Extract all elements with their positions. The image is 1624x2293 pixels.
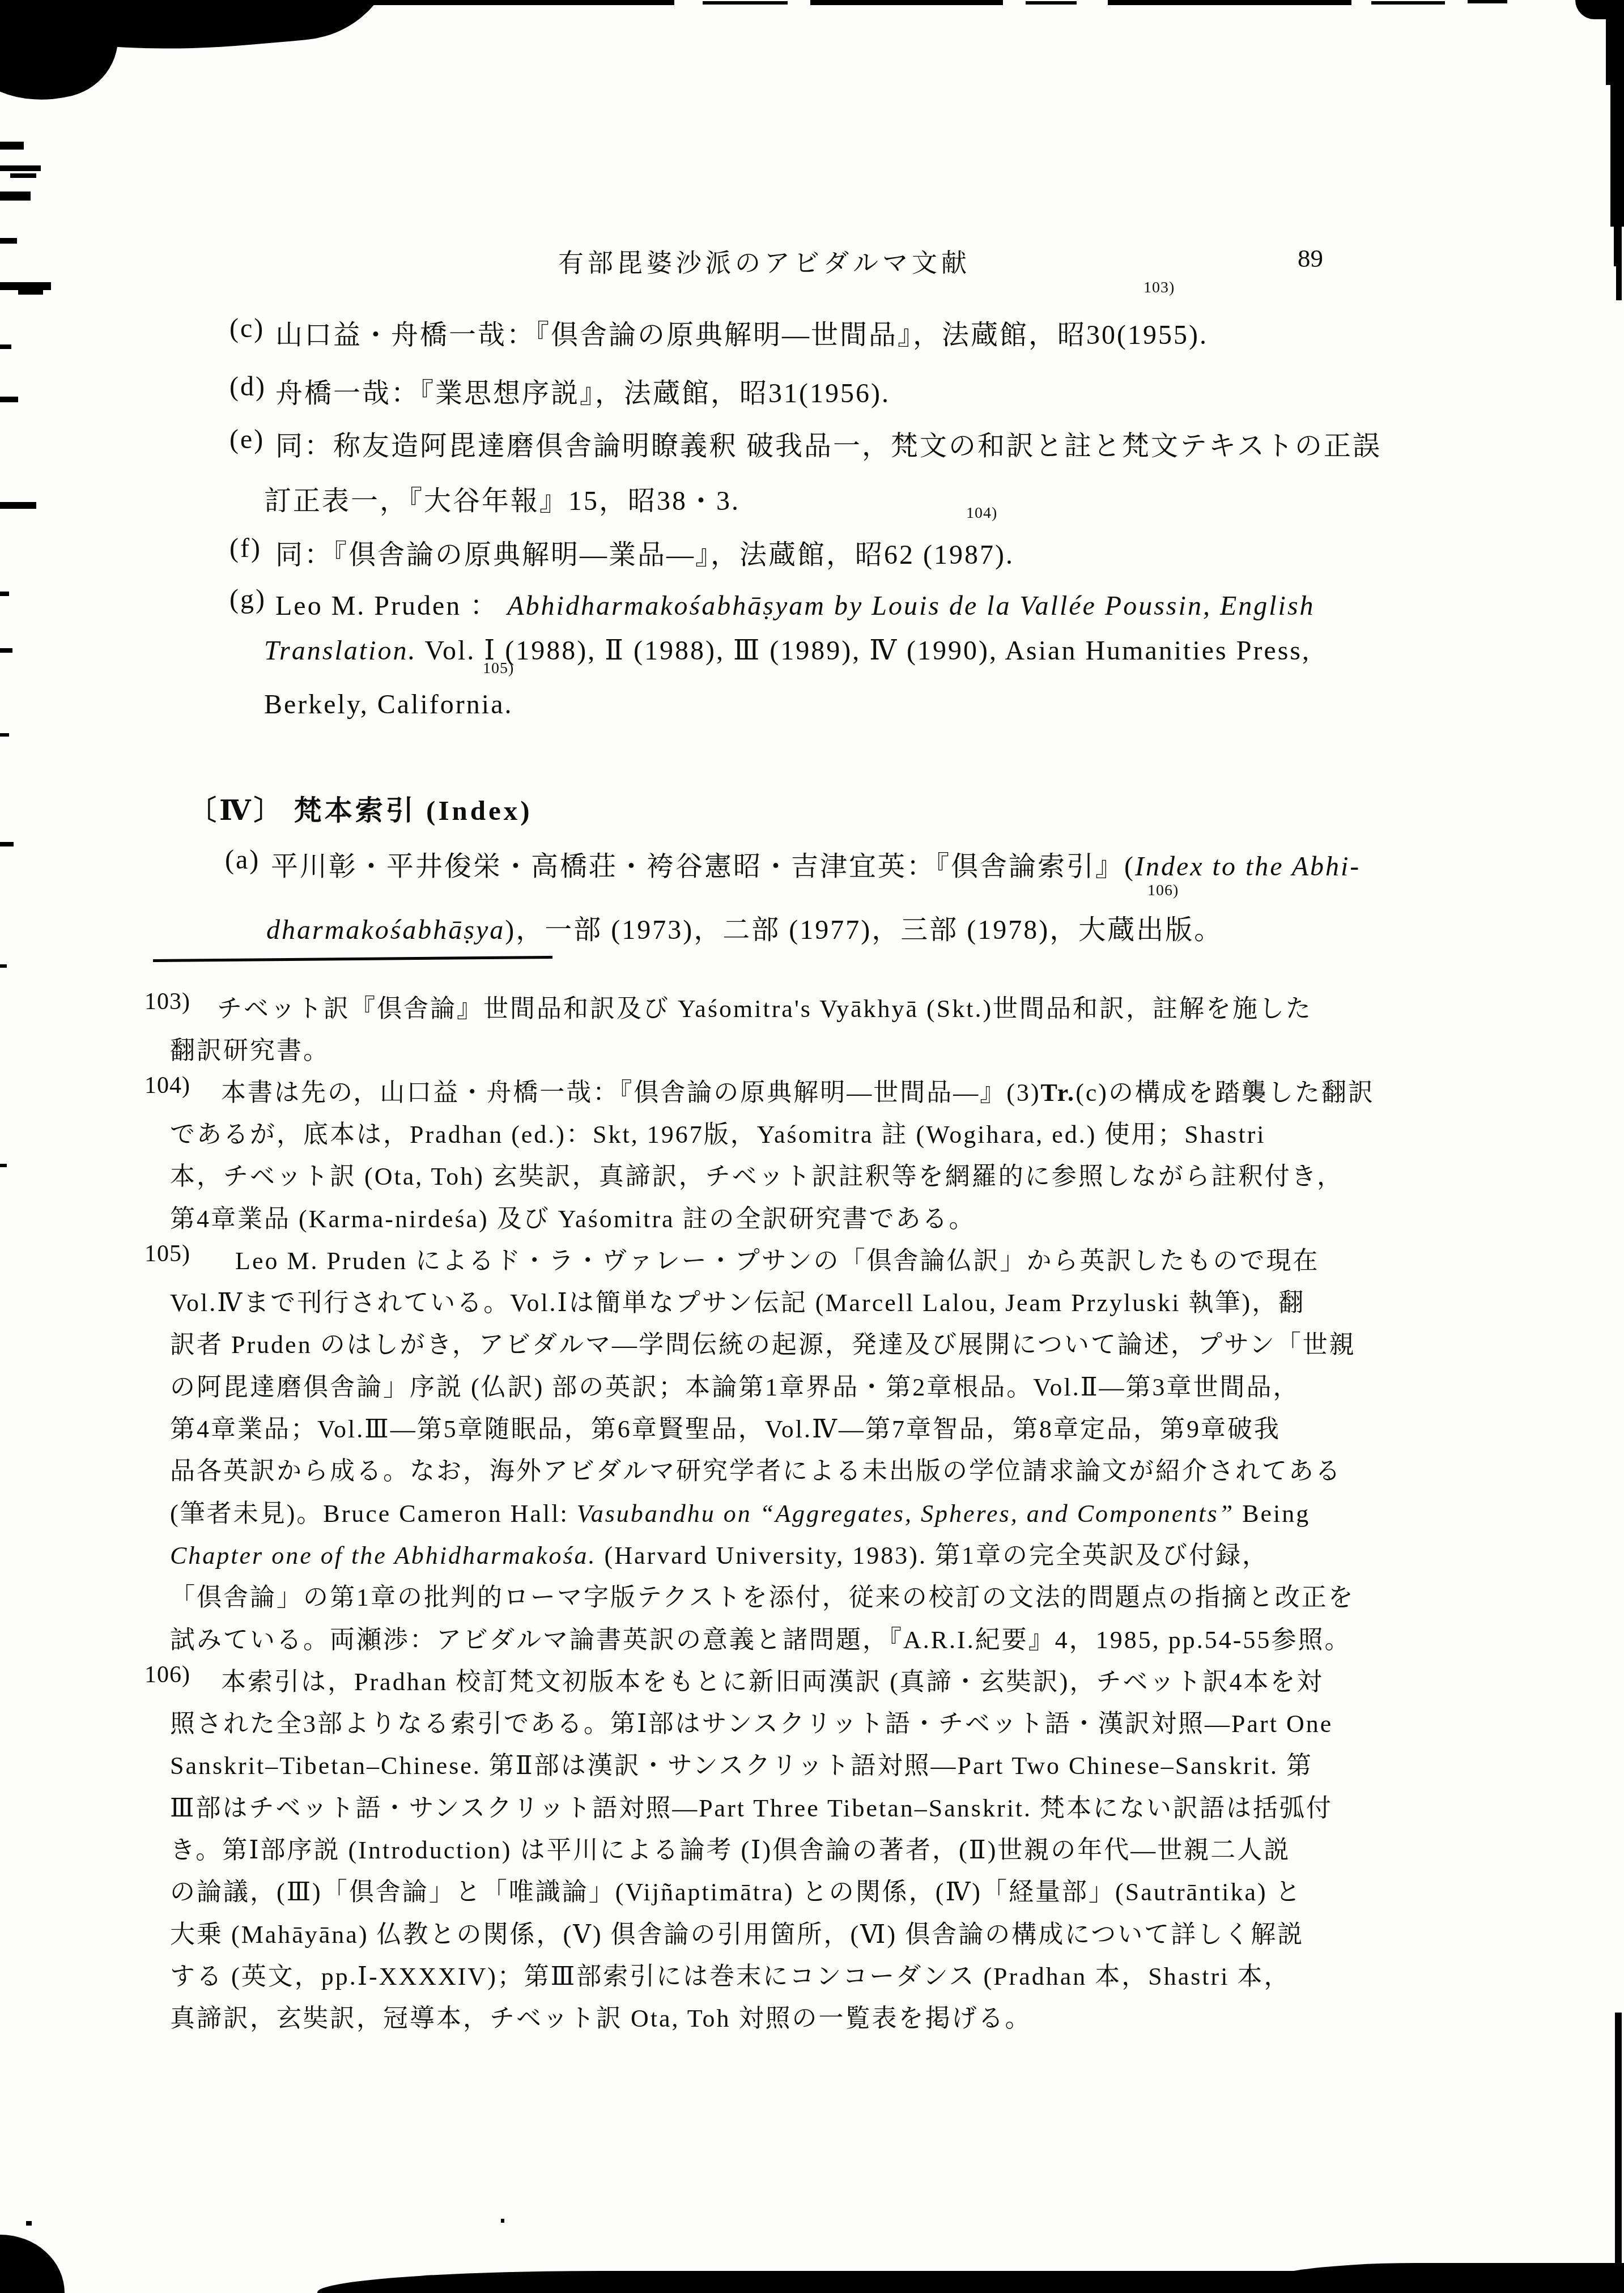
page-number: 89 xyxy=(1298,244,1323,273)
text-segment: 同：『倶舎論の原典解明―業品―』，法蔵館，昭62 (1987). xyxy=(275,540,1014,570)
footnote-line: 真諦訳，玄奘訳，冠導本，チベット訳 Ota, Toh 対照の一覧表を掲げる。 xyxy=(170,1998,1032,2034)
bib-entry-marker: (c) xyxy=(229,313,265,344)
text-segment: (c)の構成を踏襲した翻訳 xyxy=(1075,1079,1375,1107)
text-segment: チベット訳『倶舎論』世間品和訳及び Yaśomitra's Vyākhyā (S… xyxy=(217,995,1312,1023)
bib-entry-marker: (d) xyxy=(229,371,266,402)
index-entry-line: 平川彰・平井俊栄・高橋荘・袴谷憲昭・吉津宜英：『倶舎論索引』(Index to … xyxy=(271,844,1361,883)
bib-entry-marker: (g) xyxy=(229,584,266,615)
footnote-line: 本索引は，Pradhan 校訂梵文初版本をもとに新旧両漢訳 (真諦・玄奘訳)，チ… xyxy=(221,1661,1323,1698)
bib-entry-marker: (e) xyxy=(229,424,265,455)
index-entry-marker: (a) xyxy=(225,844,260,875)
scan-artifact-speck xyxy=(501,2219,504,2223)
scan-artifact-right-line xyxy=(1615,2013,1622,2293)
text-segment: 同：称友造阿毘達磨倶舎論明瞭義釈 破我品一，梵文の和訳と註と梵文テキストの正誤 xyxy=(275,431,1381,461)
text-segment: の阿毘達磨倶舎論」序説 (仏訳) 部の英訳；本論第1章界品・第2章根品。Vol.… xyxy=(170,1373,1300,1401)
footnote-number: 104) xyxy=(144,1072,190,1099)
text-segment: Sanskrit–Tibetan–Chinese. 第Ⅱ部は漢訳・サンスクリット… xyxy=(170,1752,1313,1780)
scan-artifact-left-streak xyxy=(0,192,31,201)
footnote-number: 106) xyxy=(144,1661,190,1688)
footnote-line: 品各英訳から成る。なお，海外アビダルマ研究学者による未出版の学位請求論文が紹介さ… xyxy=(170,1450,1342,1487)
footnote-line: する (英文，pp.Ⅰ-XXXXIV)；第Ⅲ部索引には巻末にコンコーダンス (P… xyxy=(170,1956,1290,1992)
text-segment: Leo M. Pruden ： xyxy=(275,591,507,621)
text-segment: 本書は先の，山口益・舟橋一哉：『倶舎論の原典解明―世間品―』(3) xyxy=(221,1079,1041,1107)
text-segment: する (英文，pp.Ⅰ-XXXXIV)；第Ⅲ部索引には巻末にコンコーダンス (P… xyxy=(170,1963,1290,1990)
footnote-line: チベット訳『倶舎論』世間品和訳及び Yaśomitra's Vyākhyā (S… xyxy=(217,988,1312,1024)
scan-artifact-left-streak xyxy=(0,165,41,171)
text-segment: Translation. xyxy=(264,636,416,666)
footnote-line: 本，チベット訳 (Ota, Toh) 玄奘訳，真諦訳，チベット訳註釈等を網羅的に… xyxy=(170,1156,1344,1192)
text-segment: 翻訳研究書。 xyxy=(170,1037,330,1065)
text-segment: の論議，(Ⅲ)「倶舎論」と「唯識論」(Vijñaptimātra) との関係，(… xyxy=(170,1878,1302,1906)
text-segment: Chapter one of the Abhidharmakośa. xyxy=(170,1542,597,1569)
footnote-separator xyxy=(153,956,552,962)
footnote-line: の論議，(Ⅲ)「倶舎論」と「唯識論」(Vijñaptimātra) との関係，(… xyxy=(170,1871,1302,1908)
footnote-ref-103: 103) xyxy=(1143,279,1175,297)
text-segment: 訳者 Pruden のはしがき，アビダルマ―学問伝統の起源，発達及び展開について… xyxy=(170,1331,1356,1359)
text-segment: Vol. Ⅰ (1988), Ⅱ (1988), Ⅲ (1989), Ⅳ (19… xyxy=(416,636,1311,666)
footnote-line: であるが，底本は，Pradhan (ed.)：Skt, 1967版，Yaśomi… xyxy=(170,1114,1266,1150)
footnote-line: 翻訳研究書。 xyxy=(170,1030,330,1066)
scan-artifact-left-streak xyxy=(0,592,9,596)
bib-entry-line: 同：称友造阿毘達磨倶舎論明瞭義釈 破我品一，梵文の和訳と註と梵文テキストの正誤 xyxy=(275,424,1381,463)
scan-artifact-left-streak xyxy=(18,290,43,295)
scan-artifact-left-streak xyxy=(0,502,36,509)
scan-artifact-top-left-blob xyxy=(0,0,131,120)
text-segment: (Harvard University, 1983). 第1章の完全英訳及び付録… xyxy=(597,1542,1269,1569)
text-segment: 第4章業品；Vol.Ⅲ―第5章随眠品，第6章賢聖品，Vol.Ⅳ―第7章智品，第8… xyxy=(170,1415,1281,1443)
scan-artifact-left-streak xyxy=(0,238,17,244)
text-segment: (筆者未見)。Bruce Cameron Hall: xyxy=(170,1500,577,1528)
footnote-line: き。第Ⅰ部序説 (Introduction) は平川による論考 (Ⅰ)倶舎論の著… xyxy=(170,1830,1290,1866)
scan-artifact-top-line xyxy=(1026,1,1077,5)
section-heading: 〔Ⅳ〕 梵本索引 (Index) xyxy=(189,789,533,828)
text-segment: )，一部 (1973)，二部 (1977)，三部 (1978)，大蔵出版。 xyxy=(505,915,1223,945)
footnote-ref-104: 104) xyxy=(966,504,997,522)
text-segment: 真諦訳，玄奘訳，冠導本，チベット訳 Ota, Toh 対照の一覧表を掲げる。 xyxy=(170,2005,1032,2032)
scan-artifact-bottom-left-blob xyxy=(0,2235,65,2293)
footnote-line: 第4章業品；Vol.Ⅲ―第5章随眠品，第6章賢聖品，Vol.Ⅳ―第7章智品，第8… xyxy=(170,1409,1281,1445)
footnote-ref-106: 106) xyxy=(1147,882,1179,900)
text-segment: 第4章業品 (Karma-nirdeśa) 及び Yaśomitra 註の全訳研… xyxy=(170,1205,976,1233)
text-segment: 平川彰・平井俊栄・高橋荘・袴谷憲昭・吉津宜英：『倶舎論索引』( xyxy=(271,852,1135,882)
scan-artifact-left-streak xyxy=(0,1164,7,1167)
index-entry-line: dharmakośabhāṣya)，一部 (1973)，二部 (1977)，三部… xyxy=(266,908,1223,947)
text-segment: Being xyxy=(1234,1500,1310,1528)
bib-entry-line: Berkely, California. xyxy=(264,689,513,720)
scan-artifact-right-strip xyxy=(1616,266,1622,300)
scan-artifact-top-line xyxy=(340,0,674,5)
bib-entry-line: 同：『倶舎論の原典解明―業品―』，法蔵館，昭62 (1987). xyxy=(275,533,1014,572)
scanned-document-page: 有部毘婆沙派のアビダルマ文献 89 103) 104) 105) 106) (c… xyxy=(0,0,1624,2293)
scan-artifact-left-streak xyxy=(0,142,24,150)
bib-entry-line: 舟橋一哉：『業思想序説』，法蔵館，昭31(1956). xyxy=(275,371,890,410)
footnote-line: 大乗 (Mahāyāna) 仏教との関係，(Ⅴ) 倶舎論の引用箇所，(Ⅵ) 倶舎… xyxy=(170,1914,1304,1950)
footnote-line: Chapter one of the Abhidharmakośa. (Harv… xyxy=(170,1535,1269,1571)
text-segment: Berkely, California. xyxy=(264,690,513,720)
text-segment: Tr. xyxy=(1041,1079,1076,1107)
text-segment: 本，チベット訳 (Ota, Toh) 玄奘訳，真諦訳，チベット訳註釈等を網羅的に… xyxy=(170,1163,1344,1190)
text-segment: Vol.Ⅳまで刊行されている。Vol.Ⅰは簡単なプサン伝記 (Marcell L… xyxy=(170,1289,1305,1317)
text-segment: Leo M. Pruden によるド・ラ・ヴァレー・プサンの「倶舎論仏訳」から英… xyxy=(235,1247,1320,1275)
text-segment: 試みている。両瀬渉：アビダルマ論書英訳の意義と諸問題，『A.R.I.紀要』4，1… xyxy=(170,1626,1351,1654)
bib-entry-line: Translation. Vol. Ⅰ (1988), Ⅱ (1988), Ⅲ … xyxy=(264,635,1311,666)
scan-artifact-left-streak xyxy=(0,648,12,653)
footnote-line: (筆者未見)。Bruce Cameron Hall: Vasubandhu on… xyxy=(170,1493,1310,1529)
scan-artifact-top-line xyxy=(1468,0,1507,3)
scan-artifact-left-streak xyxy=(10,173,36,178)
text-segment: 「倶舎論」の第1章の批判的ローマ字版テクストを添付，従来の校訂の文法的問題点の指… xyxy=(170,1584,1355,1611)
text-segment: Vasubandhu on “Aggregates, Spheres, and … xyxy=(577,1500,1235,1528)
scan-artifact-speck xyxy=(26,2221,32,2226)
text-segment: 山口益・舟橋一哉：『倶舎論の原典解明―世間品』，法蔵館，昭30(1955). xyxy=(275,320,1208,350)
text-segment: 訂正表一，『大谷年報』15，昭38・3. xyxy=(264,486,740,516)
scan-artifact-right-strip xyxy=(1606,0,1624,85)
text-segment: 本索引は，Pradhan 校訂梵文初版本をもとに新旧両漢訳 (真諦・玄奘訳)，チ… xyxy=(221,1668,1323,1696)
text-segment: き。第Ⅰ部序説 (Introduction) は平川による論考 (Ⅰ)倶舎論の著… xyxy=(170,1836,1290,1864)
text-segment: 舟橋一哉：『業思想序説』，法蔵館，昭31(1956). xyxy=(275,378,890,409)
footnote-number: 103) xyxy=(144,988,190,1015)
scan-artifact-left-streak xyxy=(0,842,14,846)
scan-artifact-right-strip xyxy=(1610,79,1624,227)
page-title: 有部毘婆沙派のアビダルマ文献 xyxy=(558,243,971,279)
scan-artifact-top-line xyxy=(810,0,1003,5)
footnote-line: 照された全3部よりなる索引である。第Ⅰ部はサンスクリット語・チベット語・漢訳対照… xyxy=(170,1703,1333,1739)
text-segment: 照された全3部よりなる索引である。第Ⅰ部はサンスクリット語・チベット語・漢訳対照… xyxy=(170,1710,1333,1738)
text-segment: Abhidharmakośabhāṣyam by Louis de la Val… xyxy=(507,591,1315,621)
text-segment: Index to the Abhi- xyxy=(1135,852,1361,882)
footnote-line: 本書は先の，山口益・舟橋一哉：『倶舎論の原典解明―世間品―』(3)Tr.(c)の… xyxy=(221,1072,1375,1108)
footnote-line: Ⅲ部はチベット語・サンスクリット語対照―Part Three Tibetan–S… xyxy=(170,1788,1333,1824)
footnote-line: Sanskrit–Tibetan–Chinese. 第Ⅱ部は漢訳・サンスクリット… xyxy=(170,1745,1313,1781)
scan-artifact-left-streak xyxy=(0,733,9,737)
scan-artifact-top-line xyxy=(703,1,788,5)
footnote-line: 試みている。両瀬渉：アビダルマ論書英訳の意義と諸問題，『A.R.I.紀要』4，1… xyxy=(170,1619,1351,1656)
footnote-line: 訳者 Pruden のはしがき，アビダルマ―学問伝統の起源，発達及び展開について… xyxy=(170,1324,1356,1360)
bib-entry-line: Leo M. Pruden ： Abhidharmakośabhāṣyam by… xyxy=(275,584,1315,623)
footnote-number: 105) xyxy=(144,1240,190,1267)
text-segment: dharmakośabhāṣya xyxy=(266,915,505,945)
scan-artifact-left-streak xyxy=(0,964,7,968)
footnote-line: Vol.Ⅳまで刊行されている。Vol.Ⅰは簡単なプサン伝記 (Marcell L… xyxy=(170,1282,1305,1318)
scan-artifact-top-line xyxy=(1371,1,1445,5)
footnote-line: の阿毘達磨倶舎論」序説 (仏訳) 部の英訳；本論第1章界品・第2章根品。Vol.… xyxy=(170,1367,1300,1403)
scan-artifact-bottom-band xyxy=(567,2278,1360,2293)
footnote-line: Leo M. Pruden によるド・ラ・ヴァレー・プサンの「倶舎論仏訳」から英… xyxy=(235,1240,1320,1277)
scan-artifact-left-streak xyxy=(0,344,11,349)
bib-entry-marker: (f) xyxy=(229,533,262,564)
text-segment: 大乗 (Mahāyāna) 仏教との関係，(Ⅴ) 倶舎論の引用箇所，(Ⅵ) 倶舎… xyxy=(170,1921,1304,1949)
scan-artifact-left-streak xyxy=(0,397,18,402)
scan-artifact-right-strip xyxy=(1614,215,1622,266)
bib-entry-line: 山口益・舟橋一哉：『倶舎論の原典解明―世間品』，法蔵館，昭30(1955). xyxy=(275,313,1208,352)
footnote-line: 「倶舎論」の第1章の批判的ローマ字版テクストを添付，従来の校訂の文法的問題点の指… xyxy=(170,1577,1355,1613)
bib-entry-line: 訂正表一，『大谷年報』15，昭38・3. xyxy=(264,479,740,518)
text-segment: 品各英訳から成る。なお，海外アビダルマ研究学者による未出版の学位請求論文が紹介さ… xyxy=(170,1457,1342,1485)
footnote-line: 第4章業品 (Karma-nirdeśa) 及び Yaśomitra 註の全訳研… xyxy=(170,1198,976,1235)
text-segment: Ⅲ部はチベット語・サンスクリット語対照―Part Three Tibetan–S… xyxy=(170,1794,1333,1822)
text-segment: であるが，底本は，Pradhan (ed.)：Skt, 1967版，Yaśomi… xyxy=(170,1121,1266,1148)
scan-artifact-left-streak xyxy=(0,282,51,290)
scan-artifact-top-line xyxy=(1108,0,1351,5)
